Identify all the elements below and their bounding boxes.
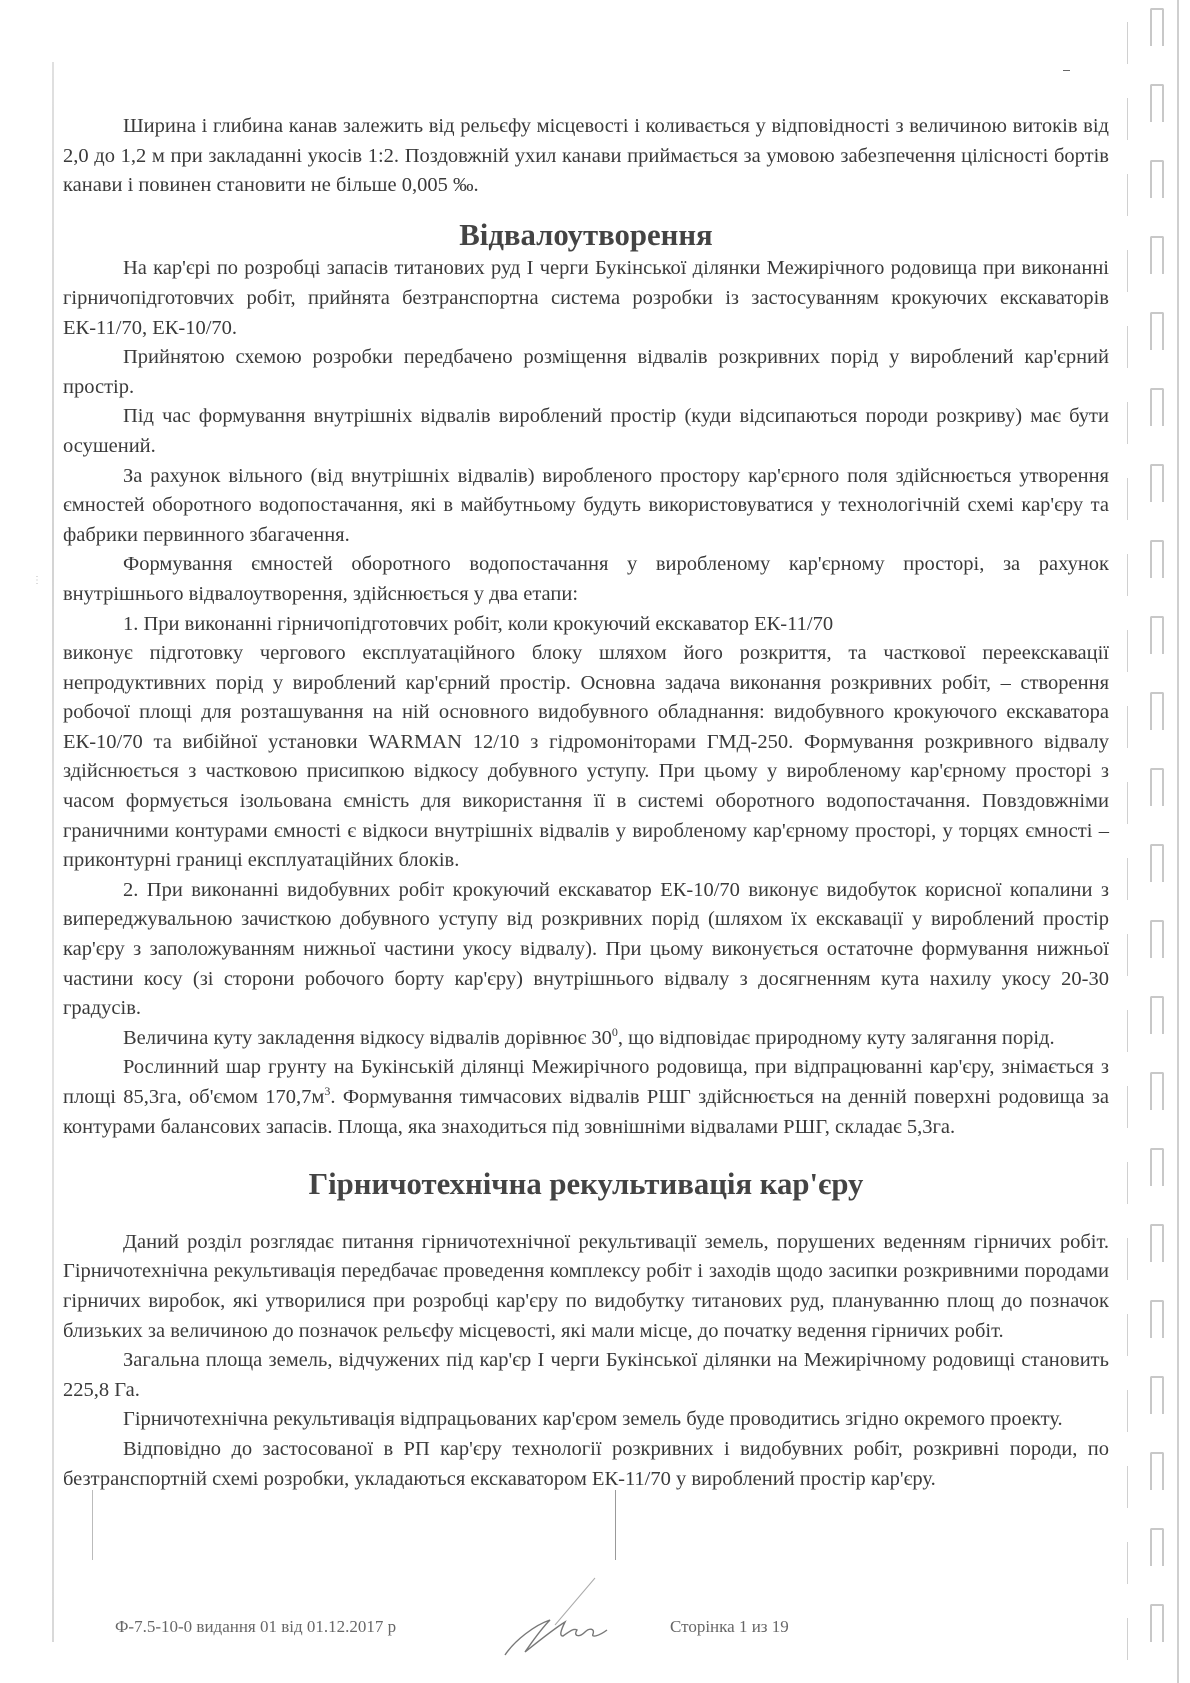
- binder-tick: [1127, 174, 1128, 216]
- stamp-line: [615, 1490, 616, 1560]
- binder-tick: [1127, 554, 1128, 596]
- paragraph: Загальна площа земель, відчужених під ка…: [63, 1346, 1109, 1405]
- binder-tick: [1127, 1010, 1128, 1052]
- binder-hole-icon: [1150, 616, 1164, 654]
- binder-tick: [1127, 1390, 1128, 1432]
- binder-tick: [1127, 402, 1128, 444]
- binder-hole-icon: [1150, 768, 1164, 806]
- angle-paragraph: Величина куту закладення відкосу відвалі…: [63, 1024, 1109, 1054]
- binder-tick: [1127, 478, 1128, 520]
- footer-page-number: Сторінка 1 из 19: [670, 1617, 789, 1637]
- paragraph: Даний розділ розглядає питання гірничоте…: [63, 1228, 1109, 1346]
- paragraph: На кар'єрі по розробці запасів титанових…: [63, 254, 1109, 343]
- stamp-line: [92, 1490, 93, 1560]
- binder-hole-icon: [1150, 312, 1164, 350]
- paragraph: Відповідно до застосованої в РП кар'єру …: [63, 1435, 1109, 1494]
- binder-hole-icon: [1150, 236, 1164, 274]
- binder-tick: [1127, 326, 1128, 368]
- section-heading-dumping: Відвалоутворення: [63, 221, 1109, 251]
- binder-tick: [1127, 782, 1128, 824]
- binder-hole-icon: [1150, 1072, 1164, 1110]
- binder-tick: [1127, 22, 1128, 64]
- binder-hole-icon: [1150, 920, 1164, 958]
- list-item-1-body: виконує підготовку чергового експлуатаці…: [63, 639, 1109, 876]
- binder-tick: [1127, 250, 1128, 292]
- footer-form-code: Ф-7.5-10-0 видання 01 від 01.12.2017 р: [115, 1617, 396, 1637]
- binder-tick: [1127, 934, 1128, 976]
- binder-hole-icon: [1150, 464, 1164, 502]
- binder-hole-icon: [1150, 1300, 1164, 1338]
- binder-hole-icon: [1150, 1148, 1164, 1186]
- binder-holes: [1150, 0, 1170, 1683]
- binder-tick: [1127, 1542, 1128, 1584]
- binder-hole-icon: [1150, 160, 1164, 198]
- binder-hole-icon: [1150, 692, 1164, 730]
- document-page: Ширина і глибина канав залежить від рель…: [63, 112, 1109, 1494]
- binder-tick: [1127, 1162, 1128, 1204]
- section-heading-reclamation: Гірничотехнічна рекультивація кар'єру: [63, 1170, 1109, 1200]
- paragraph: Гірничотехнічна рекультивація відпрацьов…: [63, 1405, 1109, 1435]
- stray-mark: ⋮: [32, 575, 42, 586]
- binder-tick: [1127, 98, 1128, 140]
- soil-paragraph: Рослинний шар грунту на Букінській ділян…: [63, 1053, 1109, 1142]
- binder-tick: [1127, 1314, 1128, 1356]
- binder-tick: [1127, 1238, 1128, 1280]
- binder-hole-icon: [1150, 388, 1164, 426]
- binder-tick: [1127, 630, 1128, 672]
- paragraph: За рахунок вільного (від внутрішніх відв…: [63, 462, 1109, 551]
- binder-hole-icon: [1150, 1224, 1164, 1262]
- scan-edge-right: [1177, 0, 1179, 1683]
- binder-hole-icon: [1150, 540, 1164, 578]
- list-item-2: 2. При виконанні видобувних робіт крокую…: [63, 876, 1109, 1024]
- binder-tick: [1127, 858, 1128, 900]
- angle-text-before: Величина куту закладення відкосу відвалі…: [123, 1027, 612, 1049]
- binder-tick: [1127, 1086, 1128, 1128]
- binder-tick: [1127, 1618, 1128, 1660]
- binder-hole-icon: [1150, 1528, 1164, 1566]
- paragraph: Формування ємностей оборотного водопоста…: [63, 550, 1109, 609]
- binder-hole-icon: [1150, 1376, 1164, 1414]
- binder-hole-icon: [1150, 844, 1164, 882]
- angle-text-after: , що відповідає природному куту заляганн…: [618, 1027, 1055, 1049]
- paragraph: Під час формування внутрішніх відвалів в…: [63, 402, 1109, 461]
- binder-hole-icon: [1150, 84, 1164, 122]
- signature-icon: [495, 1570, 635, 1660]
- binder-tick: [1127, 706, 1128, 748]
- scan-edge-left: [52, 62, 54, 1642]
- binder-hole-icon: [1150, 8, 1164, 46]
- intro-paragraph: Ширина і глибина канав залежить від рель…: [63, 112, 1109, 201]
- binder-hole-icon: [1150, 1604, 1164, 1642]
- page-mark: [1063, 70, 1070, 71]
- binder-tick: [1127, 1466, 1128, 1508]
- paragraph: Прийнятою схемою розробки передбачено ро…: [63, 343, 1109, 402]
- binder-hole-icon: [1150, 1452, 1164, 1490]
- binder-hole-icon: [1150, 996, 1164, 1034]
- list-item-1-lead: 1. При виконанні гірничопідготовчих робі…: [63, 610, 1109, 640]
